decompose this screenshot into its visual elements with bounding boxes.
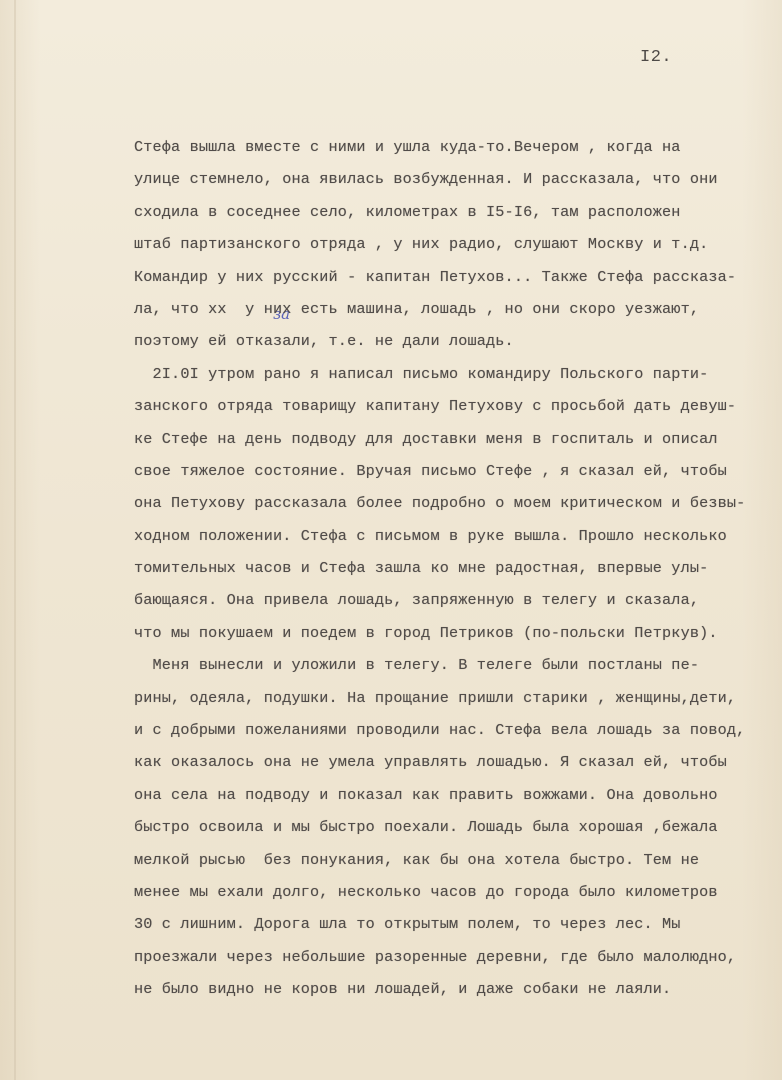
text-line: 30 с лишним. Дорога шла то открытым поле… — [134, 908, 774, 940]
text-line: она Петухову рассказала более подробно о… — [134, 487, 774, 519]
text-line: Стефа вышла вместе с ними и ушла куда-то… — [134, 131, 774, 163]
text-line: ла, что хх у них есть машина, лошадь , н… — [134, 293, 774, 325]
text-line: что мы покушаем и поедем в город Петрико… — [134, 617, 774, 649]
text-line: не было видно не коров ни лошадей, и даж… — [134, 973, 774, 1005]
text-line: бающаяся. Она привела лошадь, запряженну… — [134, 584, 774, 616]
text-line: быстро освоила и мы быстро поехали. Лоша… — [134, 811, 774, 843]
typewritten-body: Стефа вышла вместе с ними и ушла куда-то… — [134, 131, 774, 1006]
text-line: менее мы ехали долго, несколько часов до… — [134, 876, 774, 908]
text-line: ке Стефе на день подводу для доставки ме… — [134, 423, 774, 455]
text-line: ходном положении. Стефа с письмом в руке… — [134, 520, 774, 552]
text-line: штаб партизанского отряда , у них радио,… — [134, 228, 774, 260]
text-line: поэтому ей отказали, т.е. не дали лошадь… — [134, 325, 774, 357]
text-line: и с добрыми пожеланиями проводили нас. С… — [134, 714, 774, 746]
text-line: томительных часов и Стефа зашла ко мне р… — [134, 552, 774, 584]
text-line: Командир у них русский - капитан Петухов… — [134, 261, 774, 293]
text-line: свое тяжелое состояние. Вручая письмо Ст… — [134, 455, 774, 487]
text-line: Меня вынесли и уложили в телегу. В телег… — [134, 649, 774, 681]
text-line: как оказалось она не умела управлять лош… — [134, 746, 774, 778]
text-line: мелкой рысью без понукания, как бы она х… — [134, 844, 774, 876]
text-line: занского отряда товарищу капитану Петухо… — [134, 390, 774, 422]
paper-fold-mark — [14, 0, 16, 1080]
text-line: проезжали через небольшие разоренные дер… — [134, 941, 774, 973]
text-line: 2I.0I утром рано я написал письмо команд… — [134, 358, 774, 390]
text-line: сходила в соседнее село, километрах в I5… — [134, 196, 774, 228]
text-line: она села на подводу и показал как правит… — [134, 779, 774, 811]
text-line: рины, одеяла, подушки. На прощание пришл… — [134, 682, 774, 714]
document-page: I2. за Стефа вышла вместе с ними и ушла … — [0, 0, 782, 1080]
page-number: I2. — [640, 48, 672, 67]
text-line: улице стемнело, она явилась возбужденная… — [134, 163, 774, 195]
